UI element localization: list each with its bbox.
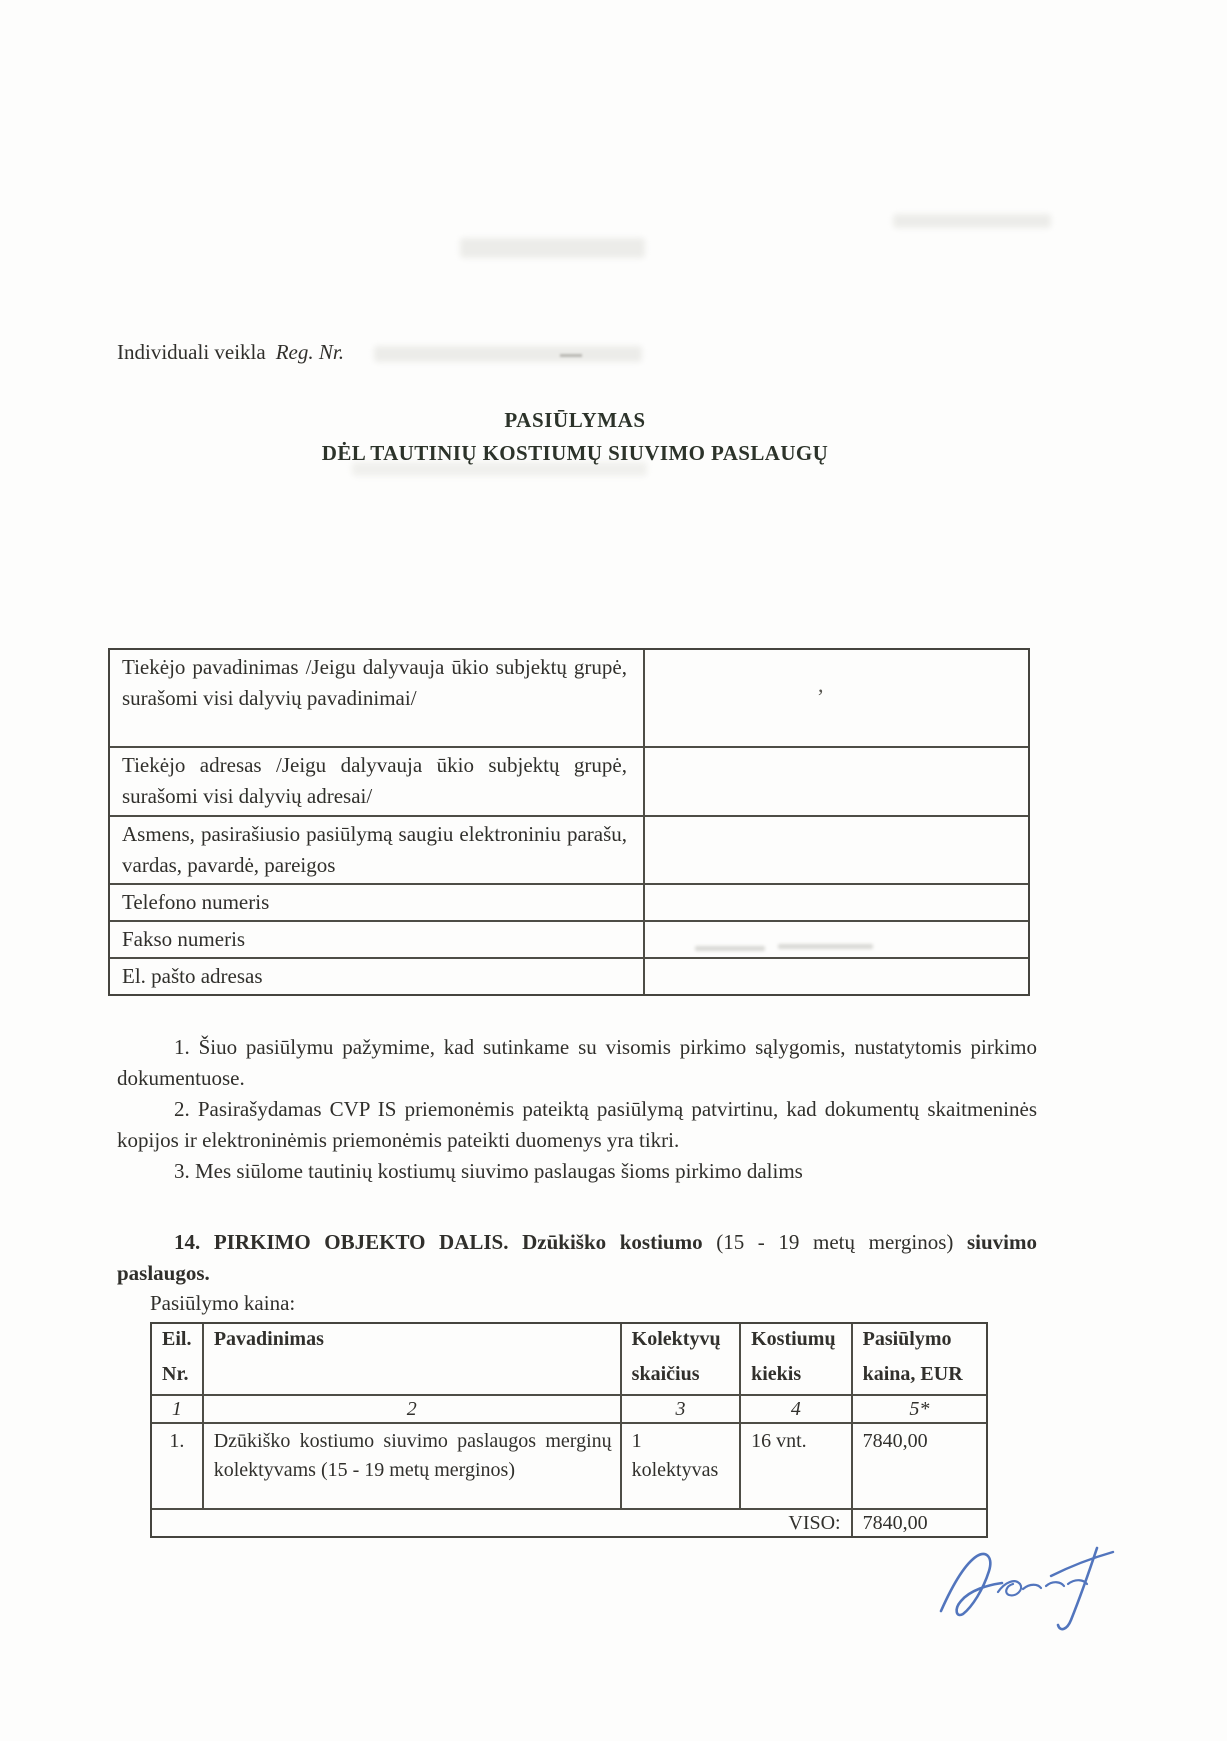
scan-smudge-top-right bbox=[893, 214, 1051, 228]
header-line: kiekis bbox=[751, 1363, 843, 1386]
header-line: kaina, EUR bbox=[863, 1363, 978, 1386]
fax-label: Fakso numeris bbox=[110, 922, 645, 957]
reg-line-label: Reg. Nr. bbox=[276, 340, 344, 364]
document-title: PASIŪLYMAS bbox=[0, 408, 1150, 433]
statement-1: 1. Šiuo pasiūlymu pažymime, kad sutinkam… bbox=[117, 1032, 1037, 1094]
collectives-cell: 1 kolektyvas bbox=[620, 1424, 739, 1508]
fax-value bbox=[645, 922, 1028, 957]
price-table-number-row: 1 2 3 4 5* bbox=[152, 1394, 986, 1422]
supplier-address-value bbox=[645, 748, 1028, 815]
supplier-name-label: Tiekėjo pavadinimas /Jeigu dalyvauja ūki… bbox=[110, 650, 645, 746]
email-label: El. pašto adresas bbox=[110, 959, 645, 994]
price-table: Eil. Nr. Pavadinimas Kolektyvų skaičius … bbox=[150, 1322, 988, 1538]
price-cell: 7840,00 bbox=[851, 1424, 986, 1508]
signature-ink-svg bbox=[935, 1545, 1135, 1640]
header-kolektyvu-skaicius: Kolektyvų skaičius bbox=[620, 1324, 739, 1394]
table-row: Telefono numeris bbox=[110, 883, 1028, 920]
header-line: Pasiūlymo bbox=[863, 1328, 978, 1351]
heading-normal-part: (15 - 19 metų merginos) bbox=[716, 1230, 967, 1254]
scan-ghost-dash bbox=[778, 944, 873, 949]
header-line: Kolektyvų bbox=[632, 1328, 731, 1351]
stray-ink-mark: , bbox=[818, 672, 824, 698]
signer-person-label: Asmens, pasirašiusio pasiūlymą saugiu el… bbox=[110, 817, 645, 883]
table-row: El. pašto adresas bbox=[110, 957, 1028, 994]
header-line: Kostiumų bbox=[751, 1328, 843, 1351]
scan-smudge-reg-redaction bbox=[374, 346, 642, 362]
col-number: 5* bbox=[851, 1396, 986, 1422]
section-14-heading: 14. PIRKIMO OBJEKTO DALIS. Dzūkiško kost… bbox=[117, 1227, 1037, 1289]
header-pasiulymo-kaina: Pasiūlymo kaina, EUR bbox=[851, 1324, 986, 1394]
reg-number-line: Individuali veiklaReg. Nr. bbox=[117, 340, 344, 365]
quantity-cell: 16 vnt. bbox=[739, 1424, 851, 1508]
header-line: skaičius bbox=[632, 1363, 731, 1386]
header-line: Pavadinimas bbox=[214, 1328, 612, 1351]
table-row: Tiekėjo adresas /Jeigu dalyvauja ūkio su… bbox=[110, 746, 1028, 815]
col-number: 4 bbox=[739, 1396, 850, 1422]
price-table-data-row: 1. Dzūkiško kostiumo siuvimo paslaugos m… bbox=[152, 1422, 986, 1508]
signer-person-value bbox=[645, 817, 1028, 883]
phone-value bbox=[645, 885, 1028, 920]
table-row: Tiekėjo pavadinimas /Jeigu dalyvauja ūki… bbox=[110, 650, 1028, 746]
price-caption: Pasiūlymo kaina: bbox=[150, 1291, 295, 1316]
total-label-cell: VISO: bbox=[152, 1510, 851, 1536]
scanned-document-page: Individuali veiklaReg. Nr. PASIŪLYMAS DĖ… bbox=[0, 0, 1227, 1741]
header-kostiumu-kiekis: Kostiumų kiekis bbox=[739, 1324, 851, 1394]
statement-2: 2. Pasirašydamas CVP IS priemonėmis pate… bbox=[117, 1094, 1037, 1156]
row-number-cell: 1. bbox=[152, 1424, 202, 1508]
service-name-cell: Dzūkiško kostiumo siuvimo paslaugos merg… bbox=[202, 1424, 620, 1508]
col-number: 3 bbox=[620, 1396, 739, 1422]
statement-3: 3. Mes siūlome tautinių kostiumų siuvimo… bbox=[117, 1156, 1037, 1187]
supplier-info-table: Tiekėjo pavadinimas /Jeigu dalyvauja ūki… bbox=[108, 648, 1030, 996]
phone-label: Telefono numeris bbox=[110, 885, 645, 920]
header-line: Nr. bbox=[162, 1363, 194, 1386]
price-table-total-row: VISO: 7840,00 bbox=[152, 1508, 986, 1536]
scan-smudge-reg-dash bbox=[560, 354, 582, 357]
price-table-header-row: Eil. Nr. Pavadinimas Kolektyvų skaičius … bbox=[152, 1324, 986, 1394]
document-subtitle: DĖL TAUTINIŲ KOSTIUMŲ SIUVIMO PASLAUGŲ bbox=[0, 441, 1150, 466]
reg-line-text: Individuali veikla bbox=[117, 340, 266, 364]
heading-bold-part-1: 14. PIRKIMO OBJEKTO DALIS. Dzūkiško kost… bbox=[174, 1230, 716, 1254]
header-line: Eil. bbox=[162, 1328, 194, 1351]
table-row: Fakso numeris bbox=[110, 920, 1028, 957]
total-value-cell: 7840,00 bbox=[851, 1510, 986, 1536]
supplier-address-label: Tiekėjo adresas /Jeigu dalyvauja ūkio su… bbox=[110, 748, 645, 815]
scan-ghost-dash bbox=[695, 946, 765, 951]
supplier-name-value bbox=[645, 650, 1028, 746]
scan-smudge-top-center bbox=[460, 238, 645, 258]
table-row: Asmens, pasirašiusio pasiūlymą saugiu el… bbox=[110, 815, 1028, 883]
col-number: 1 bbox=[152, 1396, 202, 1422]
email-value bbox=[645, 959, 1028, 994]
col-number: 2 bbox=[202, 1396, 620, 1422]
header-pavadinimas: Pavadinimas bbox=[202, 1324, 620, 1394]
header-eil-nr: Eil. Nr. bbox=[152, 1324, 202, 1394]
signature-handwriting bbox=[935, 1545, 1135, 1645]
